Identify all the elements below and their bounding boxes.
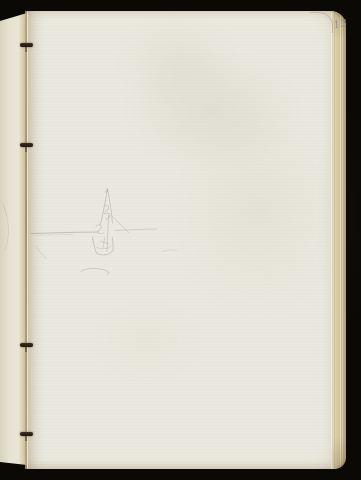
binding-thread — [25, 147, 27, 152]
binding-thread — [25, 47, 27, 52]
binding-stitch — [20, 343, 33, 347]
binding-stitch — [20, 43, 33, 47]
paper-texture — [27, 11, 346, 469]
gutter-fold — [25, 11, 27, 469]
binding-thread — [25, 436, 27, 441]
sketchbook-photo: 13 — [0, 0, 361, 480]
sketchbook-page: 13 — [27, 11, 346, 469]
binding-stitch — [20, 432, 33, 436]
binding-stitch — [20, 143, 33, 147]
facing-page-edge — [0, 13, 27, 465]
page-edge-stack — [331, 11, 346, 469]
binding-thread — [25, 347, 27, 352]
